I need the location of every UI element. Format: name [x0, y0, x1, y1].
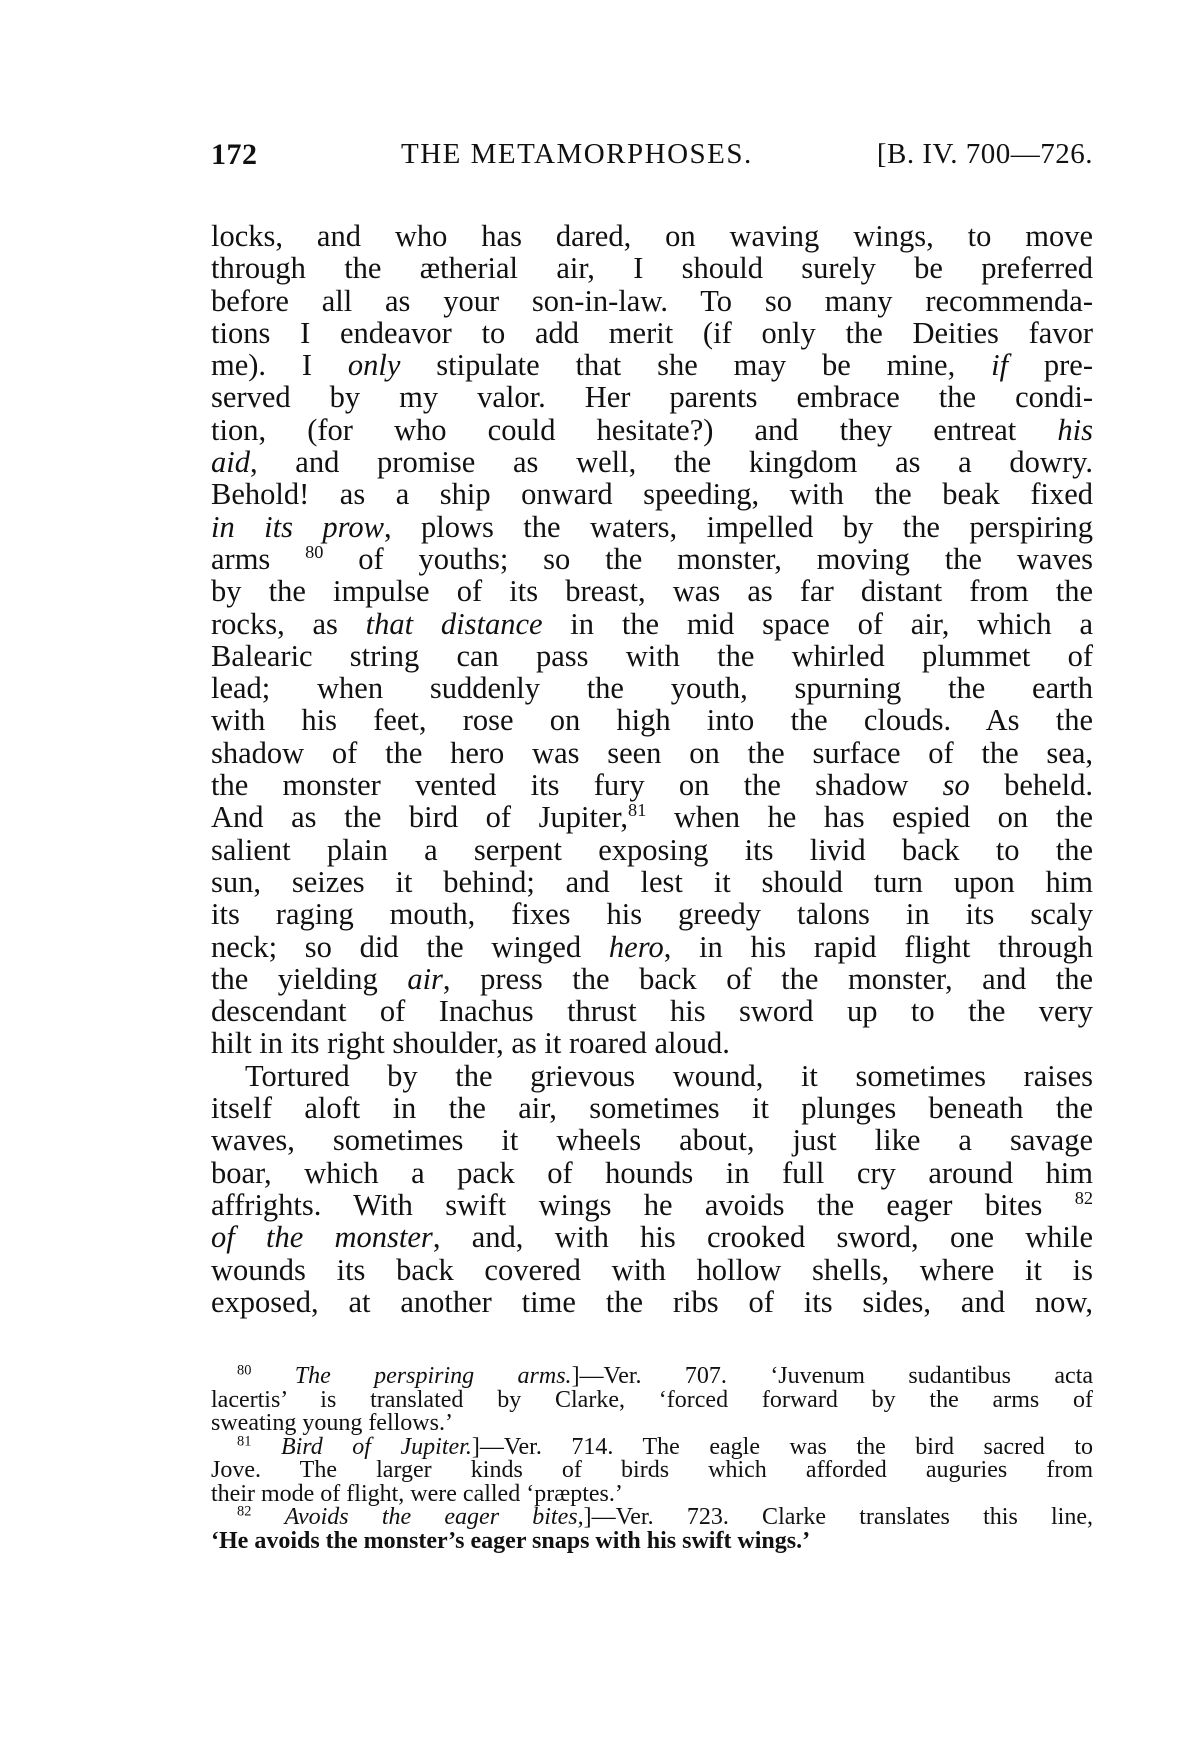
page-number: 172: [211, 138, 258, 172]
footnote-number: 82: [237, 1503, 251, 1519]
footnote-lemma: The perspiring arms.: [295, 1363, 572, 1389]
footnote-80: 80 The perspiring arms.]—Ver. 707. ‘Juve…: [211, 1365, 1093, 1436]
footnote-ref-81[interactable]: 81: [628, 800, 646, 820]
footnote-number: 80: [237, 1362, 251, 1378]
text-line: aid, and promise as well, the kingdom as…: [211, 446, 1093, 478]
footnote-81: 81 Bird of Jupiter.]—Ver. 714. The eagle…: [211, 1436, 1093, 1507]
text-line: lead; when suddenly the youth, spurning …: [211, 672, 1093, 704]
text-line: me). I only stipulate that she may be mi…: [211, 349, 1093, 381]
footnote-82: 82 Avoids the eager bites,]—Ver. 723. Cl…: [211, 1506, 1093, 1553]
text-line: affrights. With swift wings he avoids th…: [211, 1189, 1093, 1221]
footnote-line: ‘He avoids the monster’s eager snaps wit…: [211, 1530, 1093, 1554]
text-line: through the ætherial air, I should surel…: [211, 252, 1093, 284]
text-line: served by my valor. Her parents embrace …: [211, 381, 1093, 413]
text-line: descendant of Inachus thrust his sword u…: [211, 995, 1093, 1027]
text-line: waves, sometimes it wheels about, just l…: [211, 1124, 1093, 1156]
text-line: exposed, at another time the ribs of its…: [211, 1286, 1093, 1318]
footnote-line: Jove. The larger kinds of birds which af…: [211, 1459, 1093, 1483]
text-line: Behold! as a ship onward speeding, with …: [211, 478, 1093, 510]
footnotes: 80 The perspiring arms.]—Ver. 707. ‘Juve…: [211, 1365, 1093, 1553]
text-line: neck; so did the winged hero, in his rap…: [211, 931, 1093, 963]
text-line: tions I endeavor to add merit (if only t…: [211, 317, 1093, 349]
text-line: in its prow, plows the waters, impelled …: [211, 511, 1093, 543]
running-head: 172 THE METAMORPHOSES. [B. IV. 700—726.: [211, 130, 1093, 184]
footnote-lemma: Avoids the eager bites,: [285, 1504, 584, 1530]
text-line: wounds its back covered with hollow shel…: [211, 1254, 1093, 1286]
text-line: hilt in its right shoulder, as it roared…: [211, 1027, 1093, 1059]
text-line: salient plain a serpent exposing its liv…: [211, 834, 1093, 866]
footnote-number: 81: [237, 1433, 251, 1449]
text-line-paragraph-start: Tortured by the grievous wound, it somet…: [211, 1060, 1093, 1092]
text-line: shadow of the hero was seen on the surfa…: [211, 737, 1093, 769]
footnote-ref-82[interactable]: 82: [1075, 1188, 1093, 1208]
text-line: itself aloft in the air, sometimes it pl…: [211, 1092, 1093, 1124]
footnote-line: sweating young fellows.’: [211, 1412, 1093, 1436]
text-line: its raging mouth, fixes his greedy talon…: [211, 898, 1093, 930]
footnote-ref-80[interactable]: 80: [305, 542, 323, 562]
footnote-line: their mode of flight, were called ‘præpt…: [211, 1483, 1093, 1507]
book-verse-range: [B. IV. 700—726.: [877, 138, 1093, 171]
main-text: locks, and who has dared, on waving wing…: [211, 220, 1093, 1318]
book-title: THE METAMORPHOSES.: [401, 138, 753, 171]
text-line: locks, and who has dared, on waving wing…: [211, 220, 1093, 252]
text-line: with his feet, rose on high into the clo…: [211, 704, 1093, 736]
footnote-lemma: Bird of Jupiter.: [281, 1434, 472, 1460]
footnote-line: lacertis’ is translated by Clarke, ‘forc…: [211, 1389, 1093, 1413]
text-line: Balearic string can pass with the whirle…: [211, 640, 1093, 672]
text-line: And as the bird of Jupiter,81 when he ha…: [211, 801, 1093, 833]
text-line: tion, (for who could hesitate?) and they…: [211, 414, 1093, 446]
page: 172 THE METAMORPHOSES. [B. IV. 700—726. …: [211, 130, 1093, 1318]
text-line: by the impulse of its breast, was as far…: [211, 575, 1093, 607]
text-line: rocks, as that distance in the mid space…: [211, 608, 1093, 640]
text-line: of the monster, and, with his crooked sw…: [211, 1221, 1093, 1253]
text-line: arms 80 of youths; so the monster, movin…: [211, 543, 1093, 575]
text-line: before all as your son-in-law. To so man…: [211, 285, 1093, 317]
text-line: the monster vented its fury on the shado…: [211, 769, 1093, 801]
text-line: the yielding air, press the back of the …: [211, 963, 1093, 995]
text-line: boar, which a pack of hounds in full cry…: [211, 1157, 1093, 1189]
text-line: sun, seizes it behind; and lest it shoul…: [211, 866, 1093, 898]
